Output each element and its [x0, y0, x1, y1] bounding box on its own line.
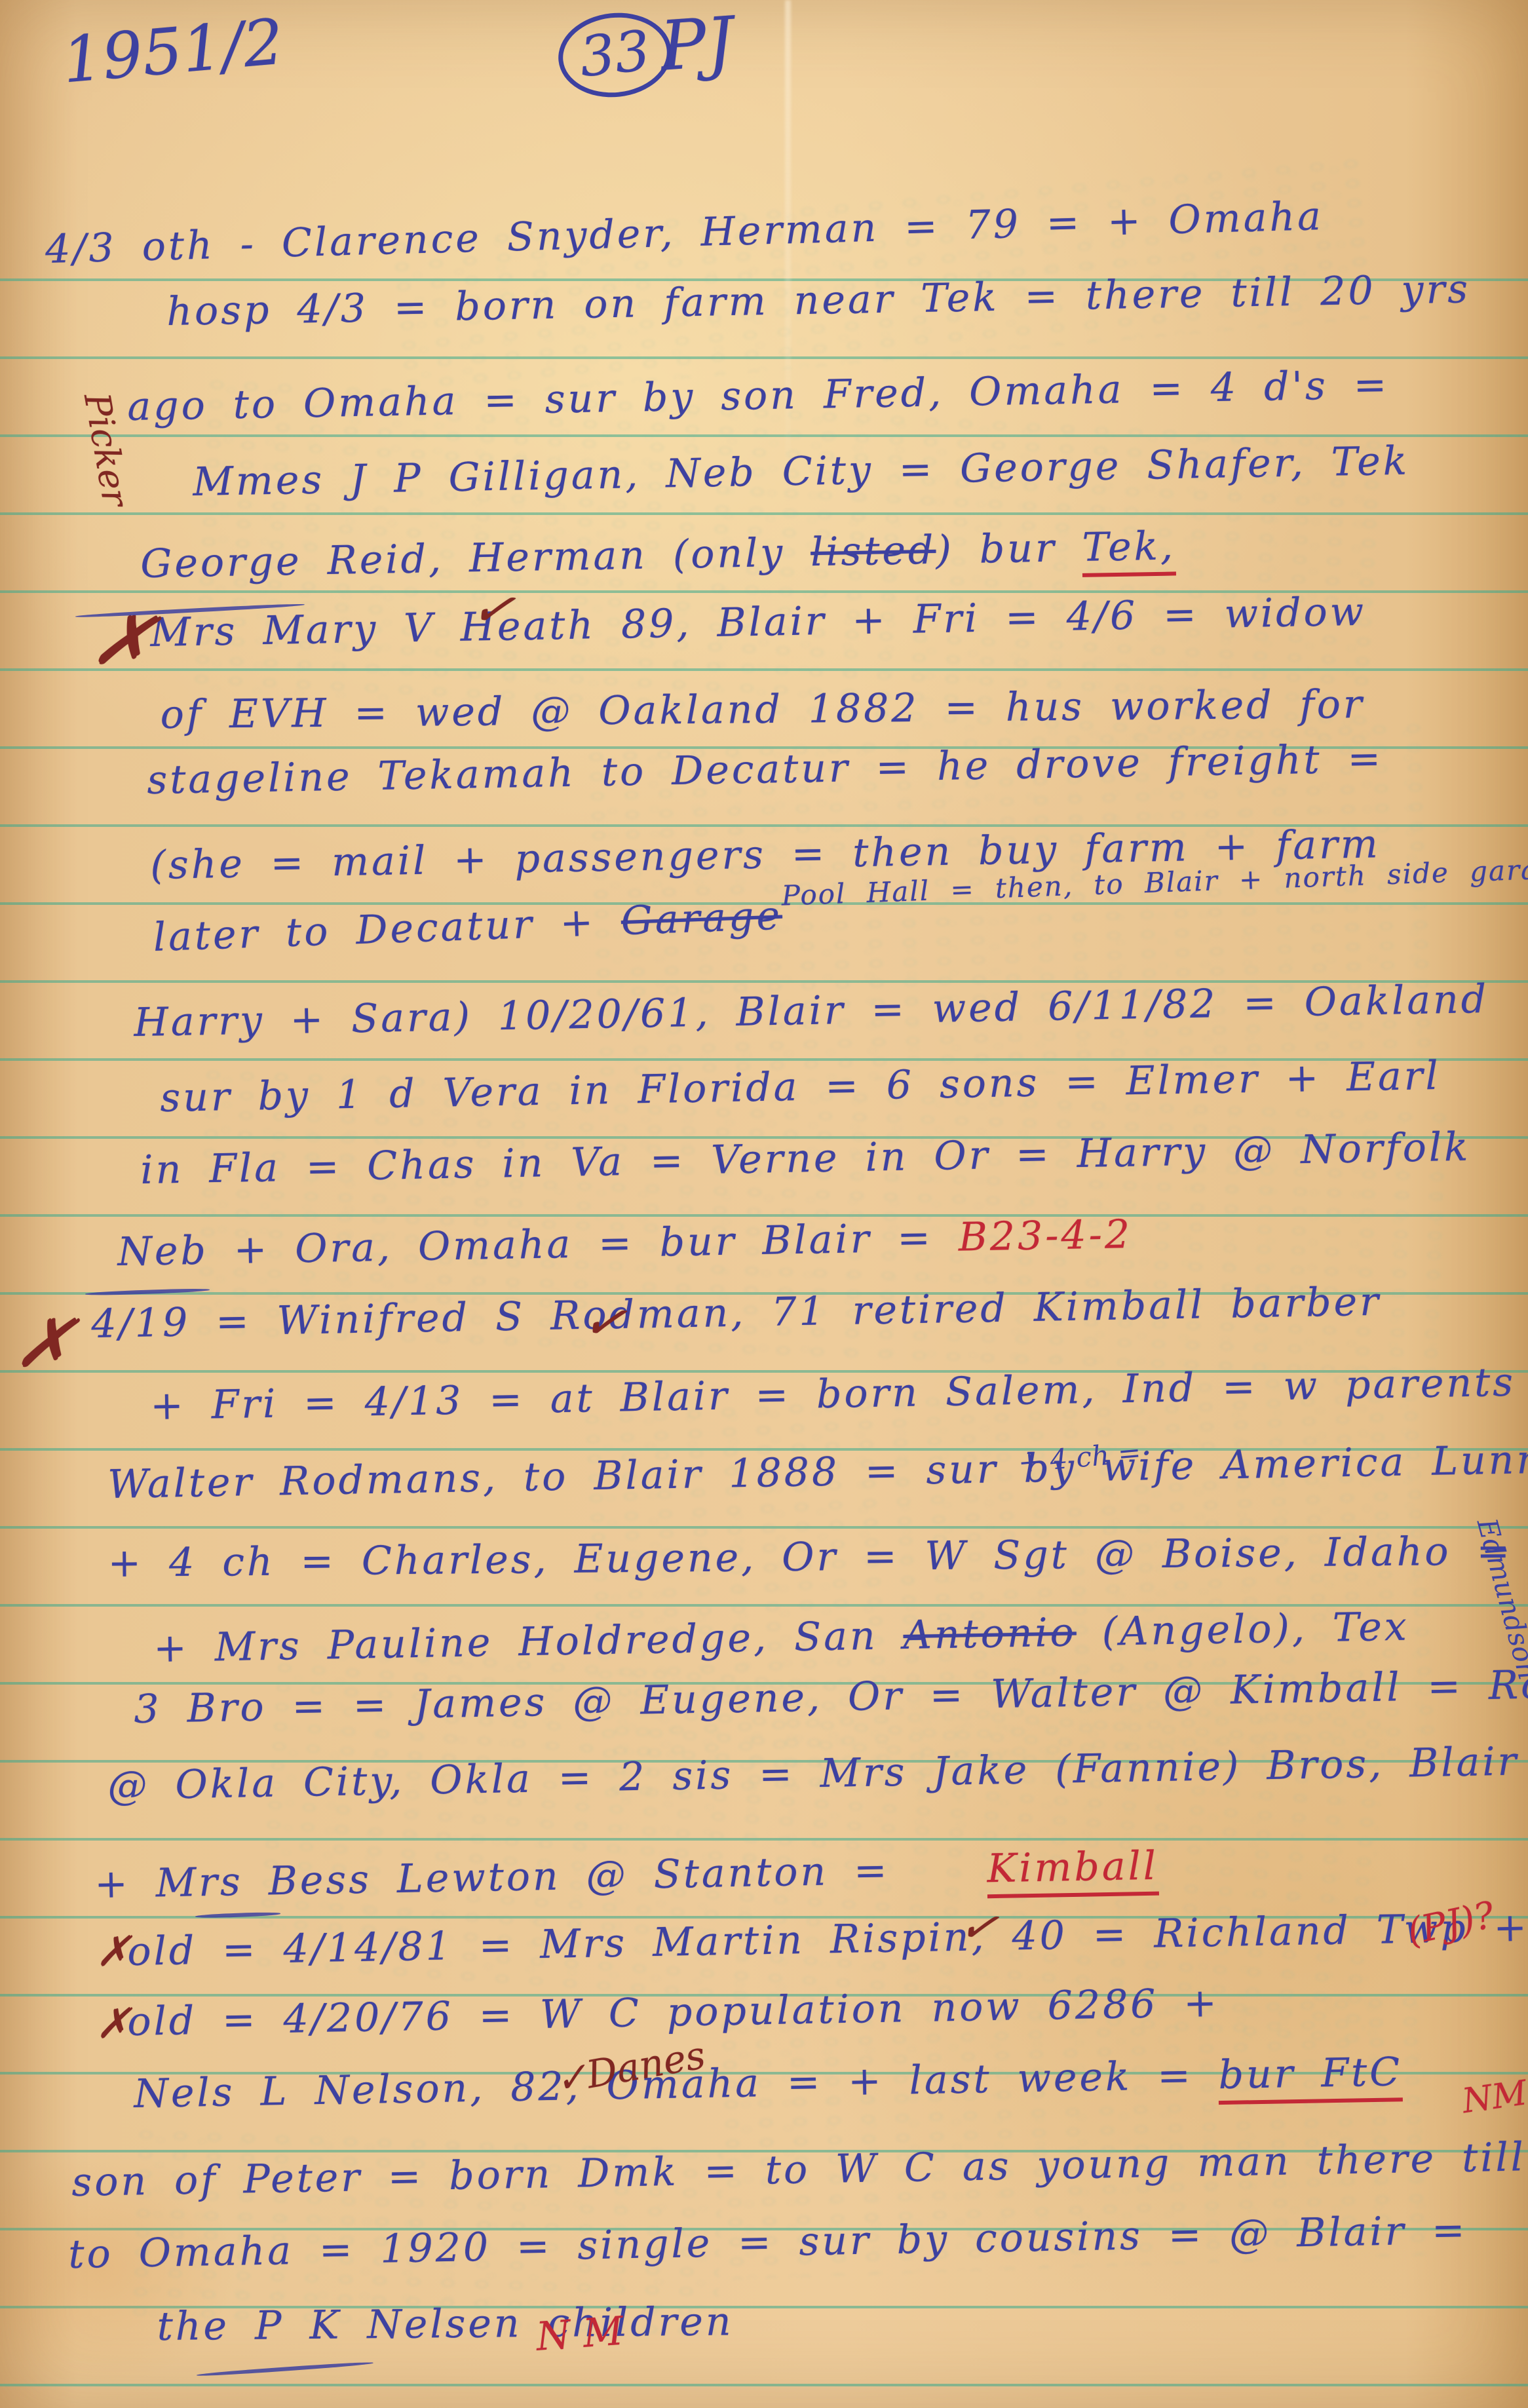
handwritten-line-2: hosp 4/3 = born on farm near Tek = there… — [166, 269, 1471, 333]
text-segment: Walter Rodmans, to Blair 1888 = sur by w… — [107, 1437, 1528, 1508]
underline-stroke-mrs — [195, 1911, 280, 1919]
text-segment: hosp 4/3 = born on farm near Tek = there… — [166, 266, 1471, 335]
text-segment: in Fla = Chas in Va = Verne in Or = Harr… — [140, 1124, 1471, 1193]
text-segment: + Fri = 4/13 = at Blair = born Salem, In… — [150, 1360, 1516, 1429]
text-segment: Antonio — [903, 1609, 1077, 1658]
handwritten-line-13: in Fla = Chas in Va = Verne in Or = Harr… — [140, 1127, 1471, 1191]
paper-crease — [785, 0, 791, 511]
text-segment: B23-4-2 — [958, 1212, 1133, 1261]
x-mark-heath-entry: ✗ — [86, 593, 161, 689]
handwritten-line-4: Mmes J P Gilligan, Neb City = George Sha… — [193, 441, 1410, 503]
handwritten-line-6: Mrs Mary V Heath 89, Blair + Fri = 4/6 =… — [150, 592, 1367, 654]
handwritten-line-7: of EVH = wed @ Oakland 1882 = hus worked… — [160, 684, 1364, 736]
text-segment: old = 4/14/81 = Mrs Martin Rispin, 40 = … — [127, 1902, 1528, 1975]
x-mark-rodman-entry: ✗ — [11, 1299, 79, 1388]
text-segment: sur by 1 d Vera in Florida = 6 sons = El… — [160, 1053, 1441, 1121]
text-segment: Tek, — [1082, 523, 1176, 577]
red-note-nm-2: N M — [535, 2308, 625, 2360]
handwritten-line-15: 4/19 = Winifred S Rodman, 71 retired Kim… — [91, 1282, 1381, 1345]
page-code-label: PJ — [658, 1, 736, 86]
handwritten-line-12: sur by 1 d Vera in Florida = 6 sons = El… — [160, 1056, 1441, 1119]
handwritten-line-24: old = 4/20/76 = W C population now 6286 … — [127, 1983, 1219, 2043]
text-segment: to Omaha = 1920 = single = sur by cousin… — [68, 2207, 1468, 2278]
handwritten-line-8: stageline Tekamah to Decatur = he drove … — [147, 738, 1384, 801]
handwritten-line-16: + Fri = 4/13 = at Blair = born Salem, In… — [150, 1362, 1516, 1427]
text-segment: (Angelo), Tex — [1076, 1604, 1409, 1656]
text-segment: Mmes J P Gilligan, Neb City = George Sha… — [193, 438, 1410, 505]
handwritten-line-5: George Reid, Herman (only listed) bur Te… — [140, 526, 1176, 585]
handwritten-line-28: the P K Nelsen children — [157, 2301, 733, 2348]
text-segment: the P K Nelsen children — [157, 2299, 733, 2350]
handwritten-line-20: 3 Bro = = James @ Eugene, Or = Walter @ … — [134, 1663, 1528, 1730]
text-segment: 4/19 = Winifred S Rodman, 71 retired Kim… — [91, 1279, 1382, 1347]
underline-stroke-neb — [85, 1288, 210, 1296]
handwritten-line-1: 4/3 oth - Clarence Snyder, Herman = 79 =… — [45, 196, 1324, 271]
text-segment: listed — [811, 527, 936, 575]
text-segment: Harry + Sara) 10/20/61, Blair = wed 6/11… — [134, 976, 1489, 1046]
red-note-nm-1: NM — [1460, 2073, 1528, 2121]
handwritten-line-26: son of Peter = born Dmk = to W C as youn… — [71, 2137, 1526, 2204]
handwritten-notebook-page: 1951/2 33 PJ 4/3 oth - Clarence Snyder, … — [0, 0, 1528, 2408]
x-mark-old-clipping-2: ✗ — [96, 2000, 131, 2048]
handwritten-line-14: Neb + Ora, Omaha = bur Blair = B23-4-2 — [117, 1214, 1133, 1273]
handwritten-line-17: Walter Rodmans, to Blair 1888 = sur by w… — [107, 1440, 1528, 1506]
text-segment: later to Decatur + — [153, 898, 622, 961]
text-segment: Neb + Ora, Omaha = bur Blair = — [117, 1215, 959, 1275]
text-segment: + 4 ch = Charles, Eugene, Or = W Sgt @ B… — [107, 1528, 1512, 1586]
year-label: 1951/2 — [60, 5, 286, 97]
handwritten-line-11: Harry + Sara) 10/20/61, Blair = wed 6/11… — [134, 979, 1489, 1044]
text-segment: + Mrs Bess Lewton @ Stanton = — [94, 1847, 915, 1907]
text-segment: old = 4/20/76 = W C population now 6286 … — [127, 1980, 1219, 2045]
handwritten-line-22: + Mrs Bess Lewton @ Stanton = Kimball — [94, 1846, 1159, 1905]
handwritten-line-25: Nels L Nelson, 82, Omaha = + last week =… — [134, 2052, 1403, 2115]
ink-showthrough — [580, 1367, 1451, 1804]
text-segment: Kimball — [987, 1843, 1159, 1899]
text-segment: bur FtC — [1218, 2049, 1403, 2105]
handwritten-line-23: old = 4/14/81 = Mrs Martin Rispin, 40 = … — [127, 1905, 1528, 1973]
text-segment: George Reid, Herman (only — [140, 529, 811, 587]
handwritten-line-18: + 4 ch = Charles, Eugene, Or = W Sgt @ B… — [107, 1531, 1512, 1584]
handwritten-line-27: to Omaha = 1920 = single = sur by cousin… — [68, 2210, 1468, 2276]
text-segment: 4/3 oth - Clarence Snyder, Herman = 79 =… — [45, 193, 1324, 273]
margin-note-edmundson: Edmundson — [1471, 1515, 1528, 1683]
text-segment: son of Peter = born Dmk = to W C as youn… — [71, 2134, 1527, 2206]
circled-page-number: 33 — [554, 7, 676, 102]
text-segment: Garage — [621, 893, 783, 945]
text-segment: + Mrs Pauline Holdredge, San — [153, 1613, 904, 1672]
underline-stroke-children — [197, 2361, 373, 2377]
handwritten-line-19: + Mrs Pauline Holdredge, San Antonio (An… — [153, 1607, 1409, 1670]
text-segment: 3 Bro = = James @ Eugene, Or = Walter @ … — [134, 1660, 1528, 1732]
text-segment: of EVH = wed @ Oakland 1882 = hus worked… — [160, 681, 1364, 738]
handwritten-line-21: @ Okla City, Okla = 2 sis = Mrs Jake (Fa… — [107, 1741, 1519, 1807]
handwritten-line-3: ago to Omaha = sur by son Fred, Omaha = … — [127, 364, 1390, 428]
check-mark-winifred: ✓ — [578, 1290, 630, 1355]
text-segment: @ Okla City, Okla = 2 sis = Mrs Jake (Fa… — [107, 1738, 1519, 1809]
text-segment: ago to Omaha = sur by son Fred, Omaha = … — [127, 362, 1390, 430]
x-mark-old-clipping-1: ✗ — [96, 1928, 131, 1976]
text-segment: Mrs Mary V Heath 89, Blair + Fri = 4/6 =… — [150, 589, 1367, 656]
text-segment: stageline Tekamah to Decatur = he drove … — [147, 736, 1384, 803]
text-segment: ) bur — [936, 525, 1082, 573]
